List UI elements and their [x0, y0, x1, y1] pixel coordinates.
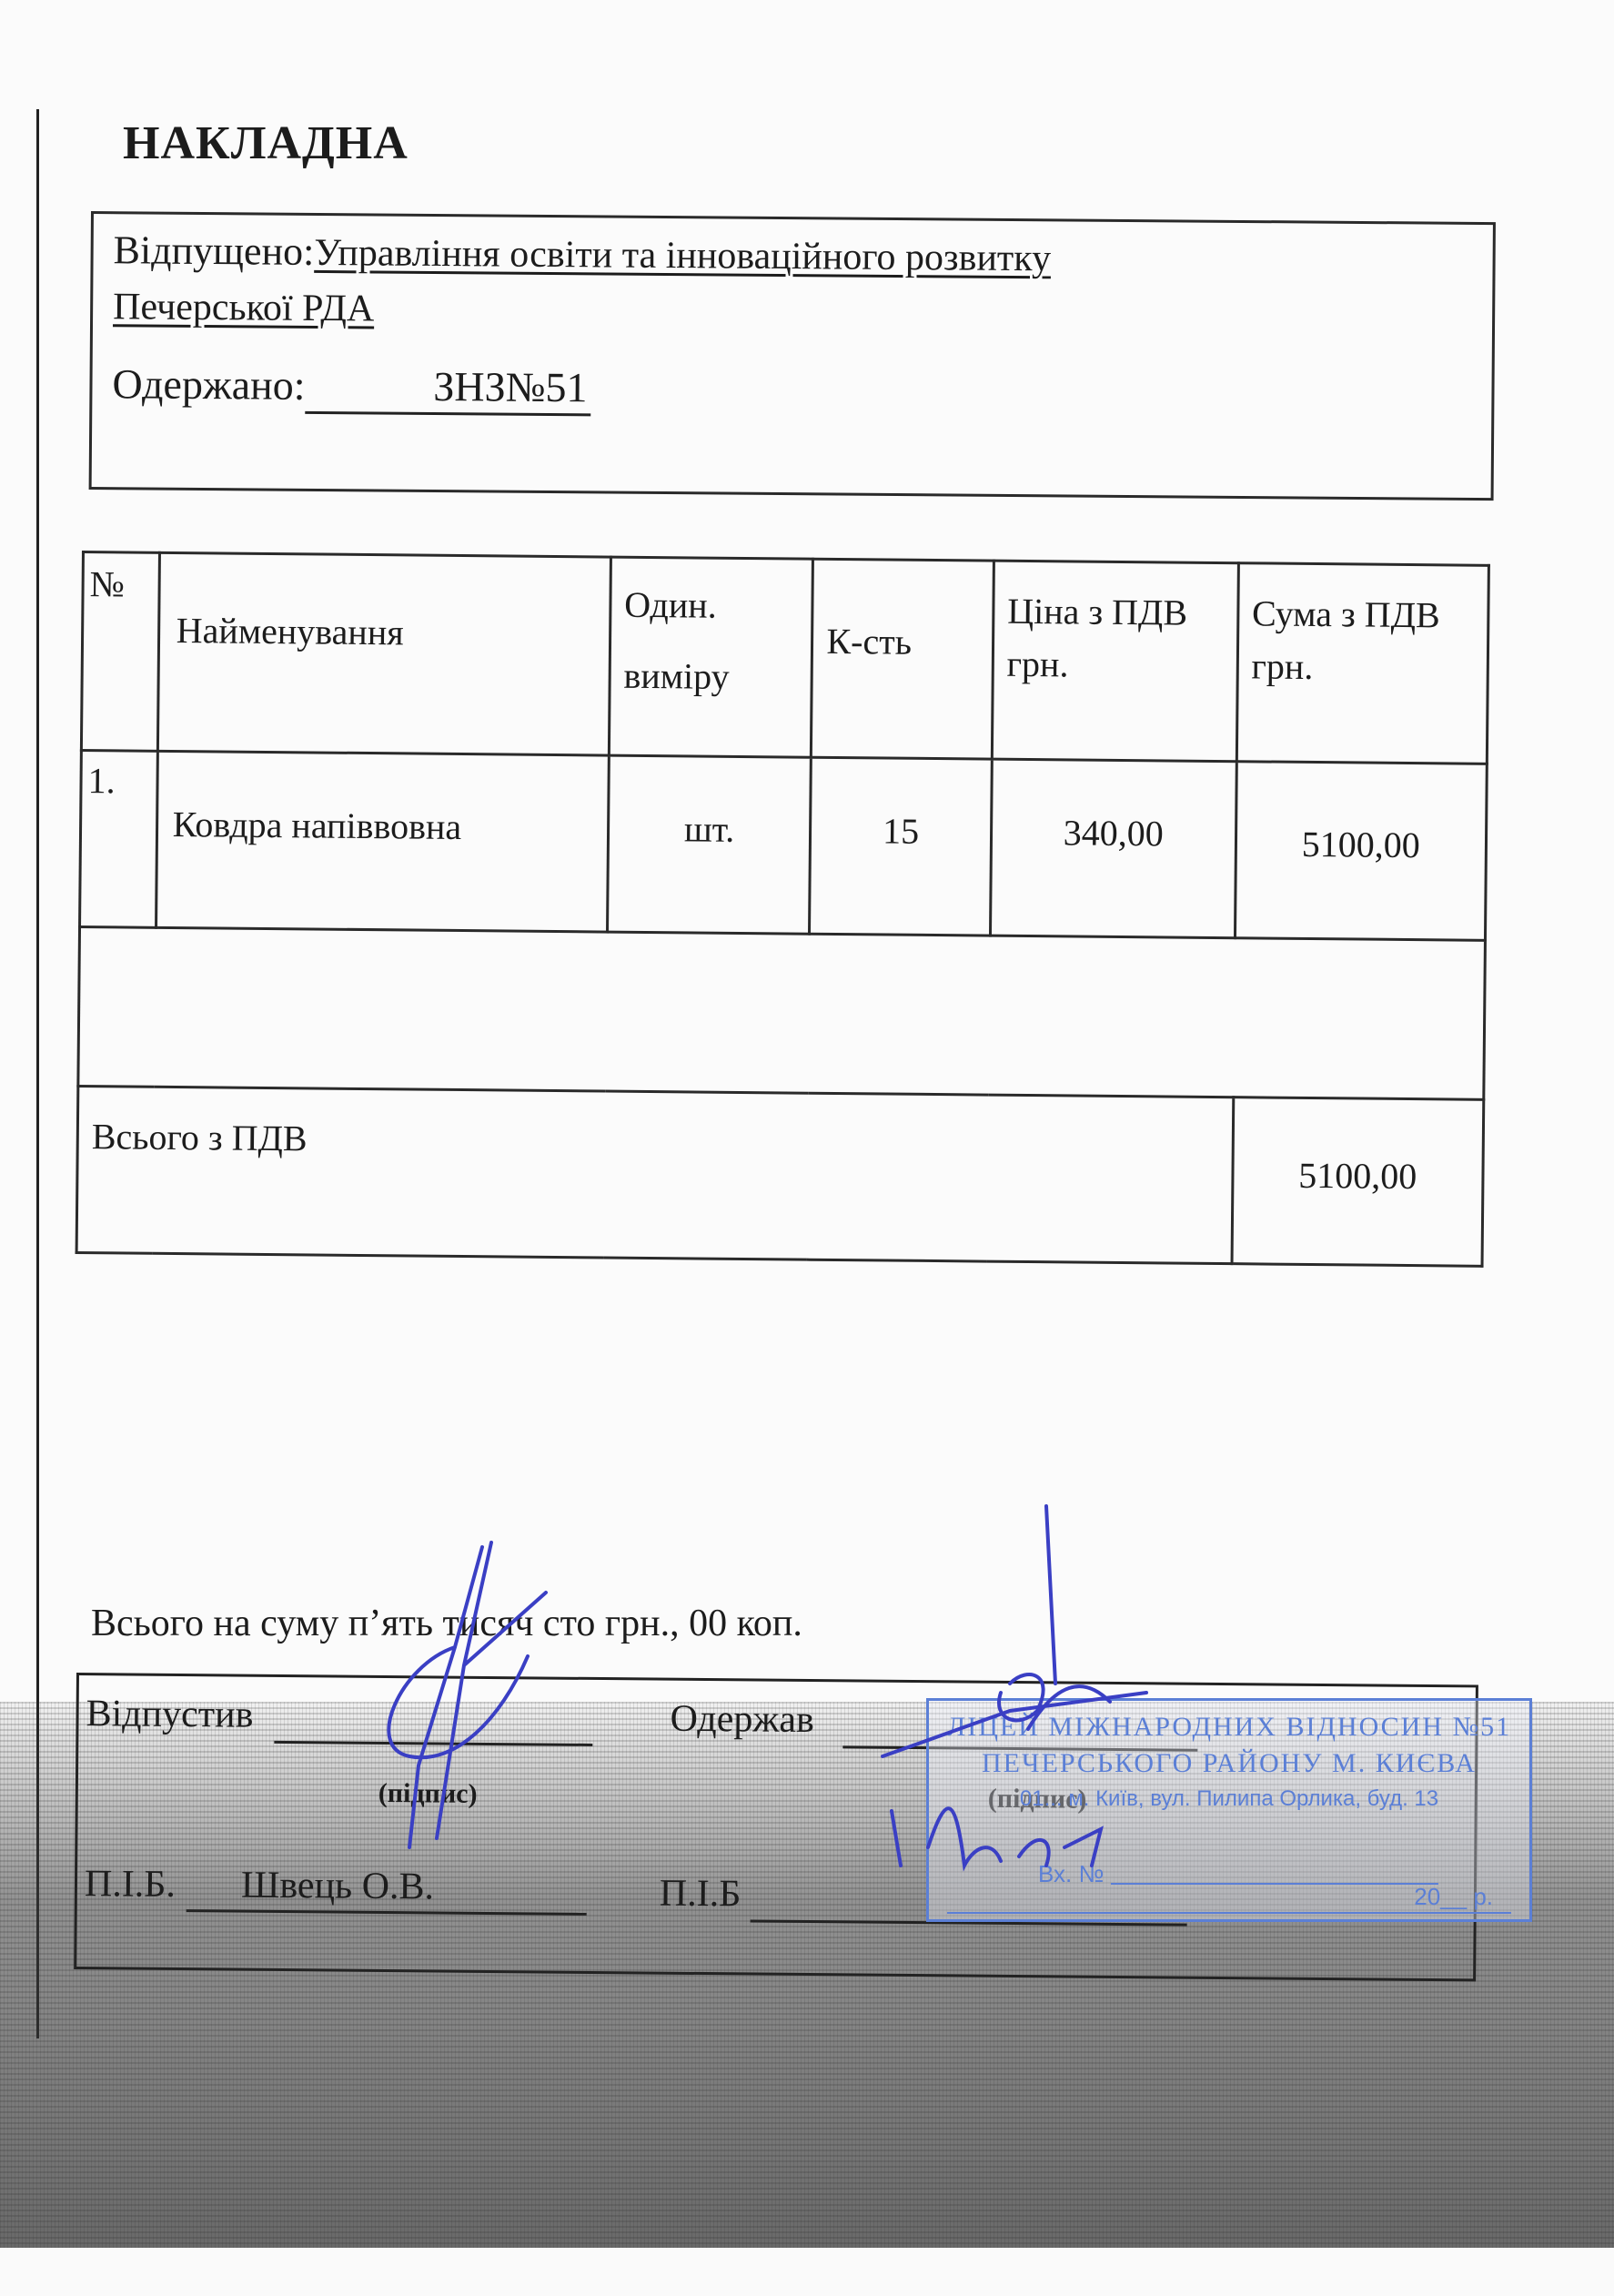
header-qty: К-сть: [812, 559, 994, 759]
page-edge: [36, 109, 39, 2038]
header-unit: Один. виміру: [609, 557, 813, 757]
name-label-right: П.І.Б: [660, 1872, 741, 1917]
header-sum: Сума з ПДВ грн.: [1236, 563, 1488, 764]
total-row: Всього з ПДВ 5100,00: [76, 1086, 1484, 1266]
row-unit: шт.: [607, 755, 812, 934]
row-no: 1.: [80, 751, 157, 928]
released-to-line2: Печерської РДА: [113, 286, 374, 329]
header-price: Ціна з ПДВ грн.: [992, 561, 1238, 762]
stamp-line2: ПЕЧЕРСЬКОГО РАЙОНУ М. КИЄВА: [929, 1748, 1529, 1779]
stamp-line1: ЛІЦЕЙ МІЖНАРОДНИХ ВІДНОСИН №51: [929, 1712, 1529, 1743]
name-left-line: [187, 1909, 587, 1916]
name-left: Швець О.В.: [241, 1864, 434, 1909]
row-sum: 5100,00: [1235, 762, 1487, 941]
released-by-label: Відпустив: [86, 1692, 253, 1737]
stamp-line3: 01... м. Київ, вул. Пилипа Орлика, буд. …: [929, 1786, 1529, 1812]
total-value: 5100,00: [1232, 1097, 1484, 1267]
empty-row: [78, 926, 1486, 1099]
organization-stamp: ЛІЦЕЙ МІЖНАРОДНИХ ВІДНОСИН №51 ПЕЧЕРСЬКО…: [926, 1698, 1532, 1922]
parties-box: Відпущено:Управління освіти та інновацій…: [89, 211, 1496, 501]
released-to-line1: Управління освіти та інноваційного розви…: [314, 232, 1051, 279]
row-qty: 15: [810, 757, 992, 936]
header-no: №: [81, 552, 159, 752]
name-label-left: П.І.Б.: [85, 1862, 176, 1907]
received-label: Одержано:: [112, 360, 305, 409]
released-row: Відпущено:Управління освіти та інновацій…: [113, 223, 1387, 344]
header-name: Найменування: [157, 552, 610, 755]
stamp-line5: 20__ р.: [1414, 1883, 1493, 1911]
empty-cell: [78, 926, 1486, 1099]
released-sign-hint: (підпис): [378, 1778, 478, 1810]
table-row: 1. Ковдра напіввовна шт. 15 340,00 5100,…: [80, 751, 1488, 941]
released-by-sign-line: [274, 1741, 592, 1746]
received-row: Одержано:ЗНЗ№51: [112, 359, 590, 416]
received-by-label: Одержав: [670, 1697, 814, 1742]
row-price: 340,00: [990, 759, 1236, 938]
amount-in-words: Всього на суму п’ять тисяч сто грн., 00 …: [91, 1602, 802, 1645]
received-by: ЗНЗ№51: [305, 361, 590, 416]
row-name: Ковдра напіввовна: [156, 751, 609, 932]
items-table: № Найменування Один. виміру К-сть Ціна з…: [76, 551, 1490, 1268]
table-header-row: № Найменування Один. виміру К-сть Ціна з…: [81, 552, 1488, 764]
released-label: Відпущено:: [113, 228, 314, 274]
stamp-line4-rule: [1111, 1883, 1438, 1885]
total-label: Всього з ПДВ: [76, 1086, 1233, 1263]
document-title: НАКЛАДНА: [123, 116, 409, 170]
page-bottom-margin: [0, 2248, 1614, 2296]
stamp-line5-rule: [947, 1912, 1511, 1914]
stamp-line4: Вх. №: [1038, 1860, 1104, 1888]
